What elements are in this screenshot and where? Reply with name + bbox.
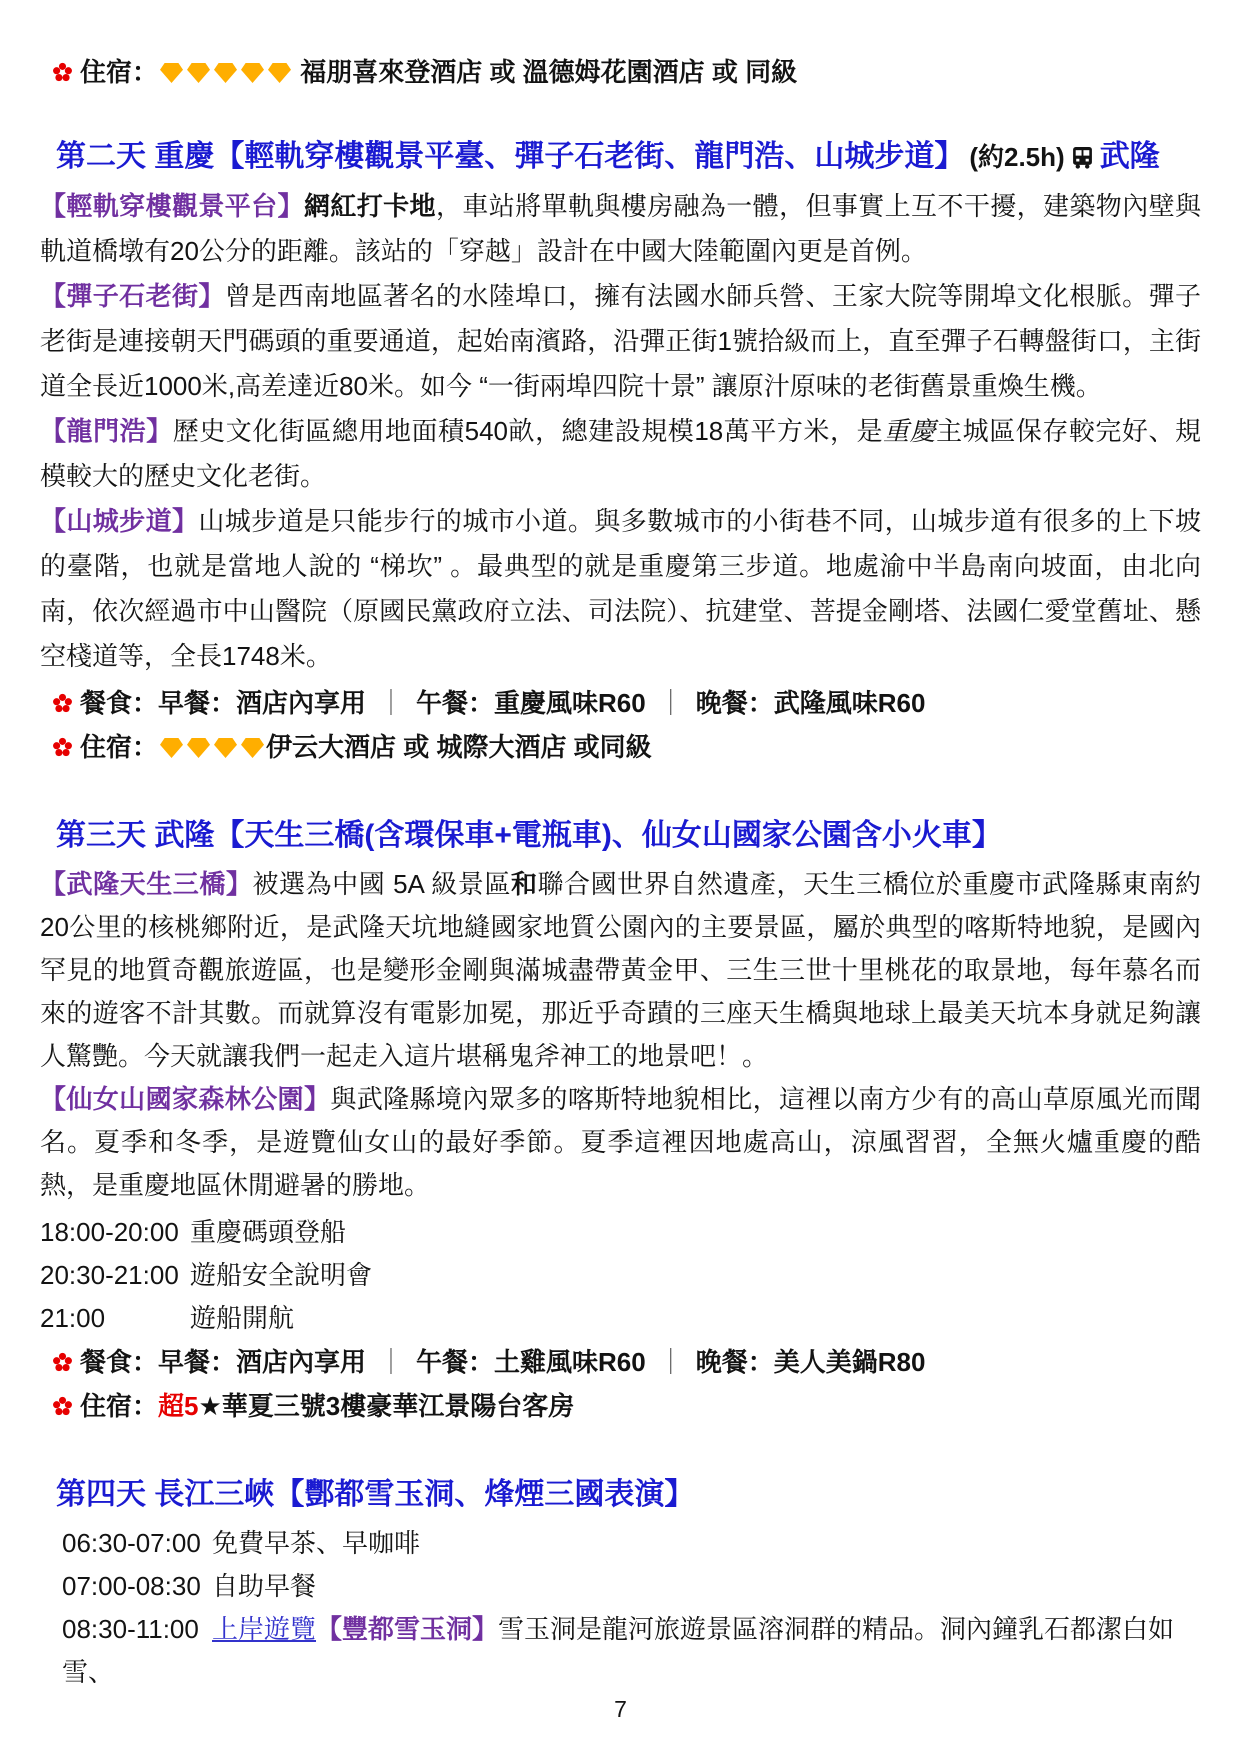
text-run: 超5 (158, 1391, 198, 1421)
day3-title: 第三天 武隆【天生三橋(含環保車+電瓶車)、仙女山國家公園含小火車】 (56, 815, 1002, 857)
text-run: 住宿： (80, 57, 158, 87)
schedule-activity: 上岸遊覽【豐都雪玉洞】雪玉洞是龍河旅遊景區溶洞群的精品。洞內鐘乳石都潔白如雪、 (62, 1614, 1174, 1687)
text-run: 重慶 (883, 416, 936, 446)
attraction-label: 【豐都雪玉洞】 (316, 1614, 498, 1644)
schedule-activity: 自助早餐 (212, 1571, 316, 1601)
schedule-activity: 免費早茶、早咖啡 (212, 1528, 420, 1558)
gem-icon (241, 63, 264, 83)
attraction-label: 【武隆天生三橋】 (40, 869, 253, 899)
schedule-row: 21:00遊船開航 (40, 1297, 1201, 1340)
schedule-time: 07:00-08:30 (62, 1565, 212, 1608)
text-run: 晚餐：美人美鍋R80 (696, 1347, 926, 1377)
attraction-label: 【輕軌穿樓觀景平台】 (40, 191, 304, 221)
day2-destination: 武隆 (1100, 136, 1160, 178)
day2-meals-text: 餐食：早餐：酒店內享用｜午餐：重慶風味R60｜晚餐：武隆風味R60 (80, 685, 925, 721)
itinerary-page: 住宿： 福朋喜來登酒店 或 溫德姆花園酒店 或 同級 第二天 重慶【輕軌穿樓觀景… (0, 0, 1241, 1755)
day1-lodging-line: 住宿： 福朋喜來登酒店 或 溫德姆花園酒店 或 同級 (40, 0, 1201, 90)
gem-icon (187, 738, 210, 758)
day3-lodging-text: 住宿：超5★華夏三號3樓豪華江景陽台客房 (80, 1388, 574, 1424)
gem-icon (268, 63, 291, 83)
text-run: ★華夏三號3樓豪華江景陽台客房 (198, 1391, 574, 1421)
text-run: ｜ (646, 688, 696, 718)
schedule-time: 18:00-20:00 (40, 1211, 190, 1254)
gem-icon (160, 738, 183, 758)
day2-paragraph-light-rail: 【輕軌穿樓觀景平台】網紅打卡地，車站將單軌與樓房融為一體，但事實上互不干擾，建築… (40, 184, 1201, 274)
day2-paragraph-longmenhao: 【龍門浩】歷史文化街區總用地面積540畝，總建設規模18萬平方米，是重慶主城區保… (40, 409, 1201, 499)
day2-paragraph-danzishi: 【彈子石老街】曾是西南地區著名的水陸埠口，擁有法國水師兵營、王家大院等開埠文化根… (40, 274, 1201, 409)
day2-header: 第二天 重慶【輕軌穿樓觀景平臺、彈子石老街、龍門浩、山城步道】 (約2.5h) … (56, 136, 1201, 178)
day2-lodging-text: 住宿：伊云大酒店 或 城際大酒店 或同級 (80, 729, 652, 765)
day2-duration: (約2.5h) (969, 136, 1064, 178)
day1-lodging-text: 住宿： 福朋喜來登酒店 或 溫德姆花園酒店 或 同級 (80, 54, 797, 90)
attraction-label: 【彈子石老街】 (40, 281, 225, 311)
day3-meals-line: 餐食：早餐：酒店內享用｜午餐：土雞風味R60｜晚餐：美人美鍋R80 (40, 1344, 1201, 1380)
text-run: 聯合國世界自然遺產，天生三橋位於重慶市武隆縣東南約20公里的核桃鄉附近，是武隆天… (40, 869, 1201, 1071)
day4-schedule: 06:30-07:00免費早茶、早咖啡 07:00-08:30自助早餐 08:3… (40, 1522, 1201, 1694)
day3-header: 第三天 武隆【天生三橋(含環保車+電瓶車)、仙女山國家公園含小火車】 (56, 815, 1201, 857)
text-run: 網紅打卡地 (304, 191, 436, 221)
schedule-activity: 重慶碼頭登船 (190, 1217, 346, 1247)
day3-lodging-line: 住宿：超5★華夏三號3樓豪華江景陽台客房 (40, 1388, 1201, 1424)
text-run: 被選為中國 5A 級景區 (253, 869, 511, 899)
day3-paragraph-three-bridges: 【武隆天生三橋】被選為中國 5A 級景區和聯合國世界自然遺產，天生三橋位於重慶市… (40, 863, 1201, 1078)
day2-title: 第二天 重慶【輕軌穿樓觀景平臺、彈子石老街、龍門浩、山城步道】 (56, 136, 964, 178)
flower-icon (52, 1352, 73, 1373)
schedule-time: 08:30-11:00 (62, 1608, 212, 1651)
text-run: 午餐：重慶風味R60 (416, 688, 646, 718)
gem-icon (214, 738, 237, 758)
attraction-label: 【龍門浩】 (40, 416, 173, 446)
text-run: 自助早餐 (212, 1571, 316, 1601)
attraction-label: 【山城步道】 (40, 506, 198, 536)
text-run: ｜ (646, 1347, 696, 1377)
day3-schedule: 18:00-20:00重慶碼頭登船 20:30-21:00遊船安全說明會 21:… (40, 1211, 1201, 1340)
page-number: 7 (0, 1696, 1241, 1723)
text-run: 山城步道是只能步行的城市小道。與多數城市的小街巷不同，山城步道有很多的上下坡的臺… (40, 506, 1201, 671)
text-run: 餐食：早餐：酒店內享用 (80, 1347, 366, 1377)
flower-icon (52, 737, 73, 758)
text-run: 住宿： (80, 732, 158, 762)
schedule-time: 20:30-21:00 (40, 1254, 190, 1297)
text-run: 餐食：早餐：酒店內享用 (80, 688, 366, 718)
schedule-row: 18:00-20:00重慶碼頭登船 (40, 1211, 1201, 1254)
schedule-row: 06:30-07:00免費早茶、早咖啡 (62, 1522, 1201, 1565)
day2-meals-line: 餐食：早餐：酒店內享用｜午餐：重慶風味R60｜晚餐：武隆風味R60 (40, 685, 1201, 721)
text-run: 午餐：土雞風味R60 (416, 1347, 646, 1377)
gem-icon (160, 63, 183, 83)
day4-title: 第四天 長江三峽【酆都雪玉洞、烽煙三國表演】 (56, 1474, 694, 1516)
shore-excursion-link[interactable]: 上岸遊覽 (212, 1614, 316, 1644)
day3-meals-text: 餐食：早餐：酒店內享用｜午餐：土雞風味R60｜晚餐：美人美鍋R80 (80, 1344, 925, 1380)
text-run: 歷史文化街區總用地面積540畝，總建設規模18萬平方米，是 (173, 416, 883, 446)
attraction-label: 【仙女山國家森林公園】 (40, 1084, 330, 1114)
bus-icon (1072, 146, 1093, 169)
flower-icon (52, 62, 73, 83)
text-run: 福朋喜來登酒店 或 溫德姆花園酒店 或 同級 (293, 57, 797, 87)
schedule-time: 06:30-07:00 (62, 1522, 212, 1565)
schedule-activity: 遊船開航 (190, 1303, 294, 1333)
text-run: 和 (511, 869, 538, 899)
flower-icon (52, 1396, 73, 1417)
gem-icon (241, 738, 264, 758)
day2-lodging-line: 住宿：伊云大酒店 或 城際大酒店 或同級 (40, 729, 1201, 765)
day4-header: 第四天 長江三峽【酆都雪玉洞、烽煙三國表演】 (56, 1474, 1201, 1516)
text-run: ｜ (366, 1347, 416, 1377)
day3-paragraph-fairy-mountain: 【仙女山國家森林公園】與武隆縣境內眾多的喀斯特地貌相比，這裡以南方少有的高山草原… (40, 1078, 1201, 1207)
schedule-row: 20:30-21:00遊船安全說明會 (40, 1254, 1201, 1297)
text-run: ｜ (366, 688, 416, 718)
text-run: 伊云大酒店 或 城際大酒店 或同級 (266, 732, 652, 762)
gem-icon (187, 63, 210, 83)
text-run: 住宿： (80, 1391, 158, 1421)
schedule-row: 08:30-11:00上岸遊覽【豐都雪玉洞】雪玉洞是龍河旅遊景區溶洞群的精品。洞… (62, 1608, 1201, 1694)
day2-paragraph-shancheng-trail: 【山城步道】山城步道是只能步行的城市小道。與多數城市的小街巷不同，山城步道有很多… (40, 499, 1201, 679)
text-run: 免費早茶、早咖啡 (212, 1528, 420, 1558)
schedule-time: 21:00 (40, 1297, 190, 1340)
gem-icon (214, 63, 237, 83)
flower-icon (52, 693, 73, 714)
schedule-activity: 遊船安全說明會 (190, 1260, 372, 1290)
text-run: 晚餐：武隆風味R60 (696, 688, 926, 718)
schedule-row: 07:00-08:30自助早餐 (62, 1565, 1201, 1608)
